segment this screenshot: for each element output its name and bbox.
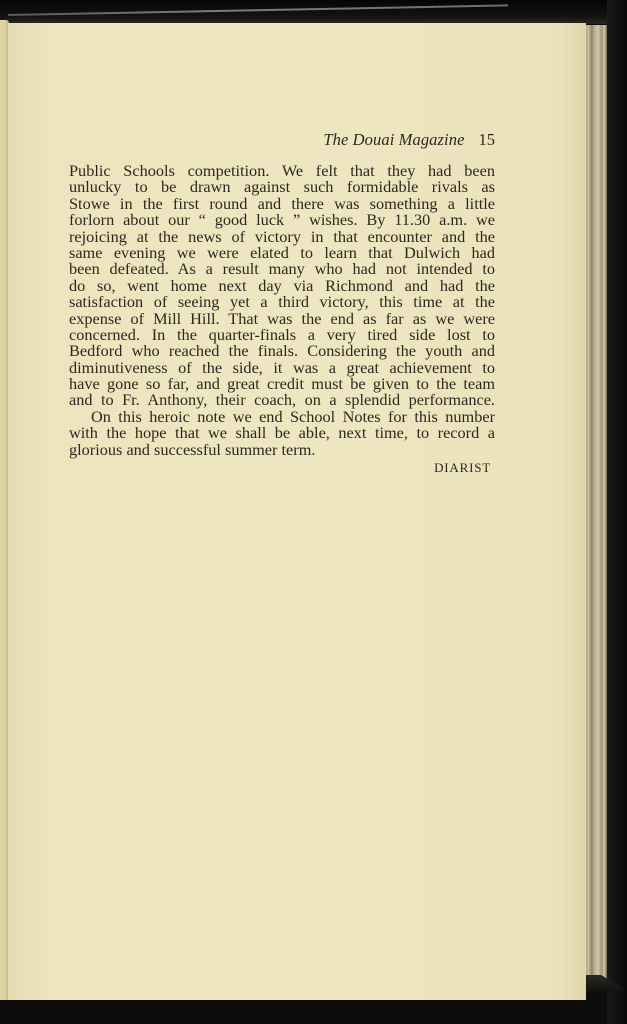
paragraph-1: Public Schools competition. We felt that… [69,163,495,409]
running-head: The Douai Magazine15 [323,130,495,150]
text-line: glorious and successful summer term. [69,442,495,458]
magazine-title: The Douai Magazine [323,130,464,149]
page-stack-edge [585,25,607,983]
article-body: Public Schools competition. We felt that… [69,163,495,458]
page-number: 15 [479,130,496,149]
book-binding-right [607,0,627,1024]
paragraph-2: On this heroic note we end School Notes … [69,409,495,458]
author-signature: DIARIST [434,460,491,476]
